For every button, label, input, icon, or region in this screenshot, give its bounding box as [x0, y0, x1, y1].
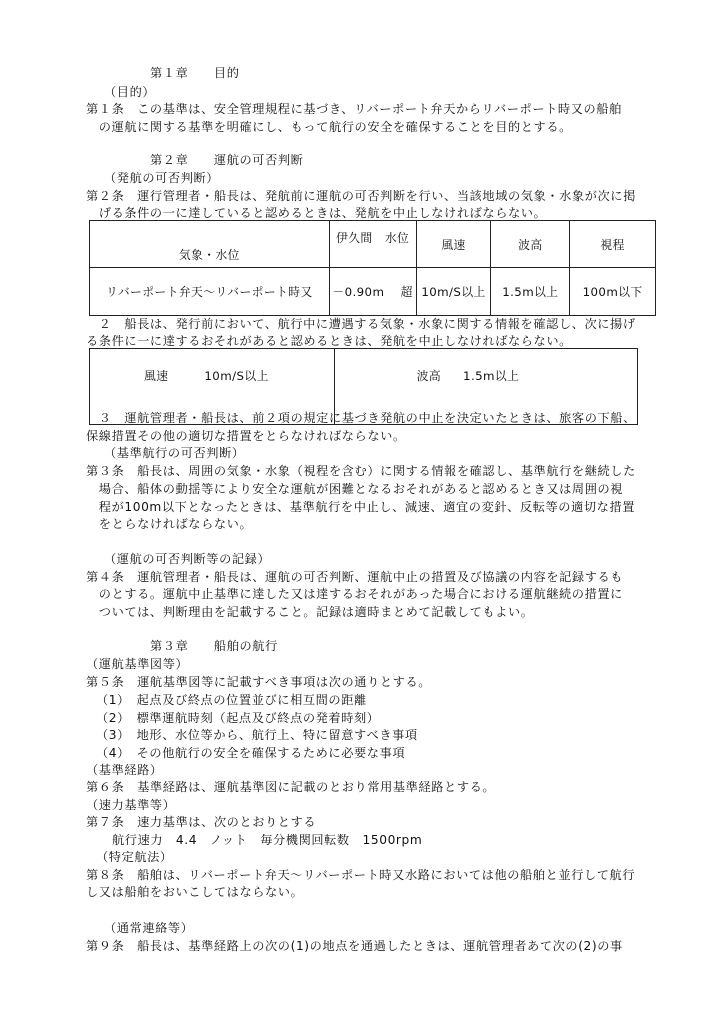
- article-3-heading: （基準航行の可否判断）: [104, 445, 245, 461]
- article-5-heading: （運航基準図等）: [86, 656, 188, 672]
- article-4-line-3: ついては、判断理由を記載すること。記録は適時まとめて記載してもよい。: [86, 604, 534, 620]
- header-ikuma-water-level: 伊久間 水位: [329, 221, 416, 268]
- list-item: （2） 標準運航時刻（起点及び終点の発着時刻）: [96, 710, 380, 726]
- list-item: （3） 地形、水位等から、航行上、特に留意すべき事項: [96, 727, 418, 743]
- paragraph-2-line-2: る条件に一に達するおそれがあると認めるときは、発航を中止しなければならない。: [86, 333, 572, 349]
- article-6-heading: （基準経路）: [86, 762, 163, 778]
- article-8-heading: （特定航法）: [96, 849, 173, 865]
- paragraph-3-line-2: 保線措置その他の適切な措置をとらなければならない。: [86, 428, 406, 444]
- speed-standard: 航行速力 4.4 ノット 毎分機関回転数 1500rpm: [112, 832, 422, 848]
- header-visibility: 視程: [570, 221, 656, 268]
- departure-conditions-table: 気象・水位 伊久間 水位 風速 波高 視程 リバーポート弁天～リバーポート時又 …: [89, 220, 656, 316]
- article-1-line-2: の運航に関する基準を明確にし、もって航行の安全を確保することを目的とする。: [86, 119, 572, 135]
- wave-height-label: 波高: [417, 369, 441, 383]
- article-3-line-2: 場合、船体の動揺等により安全な運航が困難となるおそれがあると認めるとき又は周囲の…: [86, 481, 623, 497]
- paragraph-2-line-1: ２ 船長は、発行前において、航行中に遭遇する気象・水象に関する情報を確認し、次に…: [86, 316, 636, 332]
- cell-route: リバーポート弁天～リバーポート時又: [90, 268, 330, 316]
- article-5-text: 第５条 運航基準図等に記載すべき事項は次の通りとする。: [86, 674, 431, 690]
- article-4-line-2: のとする。運航中止基準に達した又は達するおそれがあった場合における運航継続の措置…: [86, 586, 623, 602]
- article-9-line-1: 第９条 船長は、基準経路上の次の(1)の地点を通過したときは、運航管理者あて次の…: [86, 938, 623, 954]
- article-4-line-1: 第４条 運航管理者・船長は、運航の可否判断、運航中止の措置及び協議の内容を記録す…: [86, 569, 623, 585]
- table-row: リバーポート弁天～リバーポート時又 －0.90m 超 10m/S以上 1.5m以…: [90, 268, 656, 316]
- list-item: （4） その他航行の安全を確保するために必要な事項: [96, 745, 405, 761]
- header-weather-water-level: 気象・水位: [90, 221, 330, 268]
- cell-wave-height: 1.5m以上: [491, 268, 570, 316]
- chapter-3-title: 第３章 船舶の航行: [150, 638, 278, 654]
- article-7-heading: （速力基準等）: [86, 797, 176, 813]
- wave-height-value: 1.5m以上: [463, 369, 519, 383]
- cell-visibility: 100m以下: [570, 268, 656, 316]
- article-1-heading: （目的）: [104, 84, 155, 100]
- article-3-line-4: をとらなければならない。: [86, 516, 252, 532]
- paragraph-3-line-1: ３ 運航管理者・船長は、前２項の規定に基づき発航の中止を決定いたときは、旅客の下…: [86, 410, 636, 426]
- header-wave-height: 波高: [491, 221, 570, 268]
- article-3-line-1: 第３条 船長は、周囲の気象・水象（視程を含む）に関する情報を確認し、基準航行を継…: [86, 463, 636, 479]
- chapter-1-title: 第１章 目的: [150, 65, 240, 81]
- cell-wind-speed: 10m/S以上: [416, 268, 491, 316]
- article-2-line-1: 第２条 運行管理者・船長は、発航前に運航の可否判断を行い、当該地域の気象・水象が…: [86, 188, 636, 204]
- list-item: （1） 起点及び終点の位置並びに相互間の距離: [96, 692, 367, 708]
- article-1-line-1: 第１条 この基準は、安全管理規程に基づき、リバーポート弁天からリバーポート時又の…: [86, 101, 622, 117]
- chapter-2-title: 第２章 運航の可否判断: [150, 152, 303, 168]
- article-2-heading: （発航の可否判断）: [104, 170, 219, 186]
- cell-water-level: －0.90m 超: [329, 268, 416, 316]
- article-7-text: 第７条 速力基準は、次のとおりとする: [86, 814, 316, 830]
- article-8-line-2: し又は船舶をおいこしてはならない。: [86, 884, 303, 900]
- article-6-text: 第６条 基準経路は、運航基準図に記載のとおり常用基準経路とする。: [86, 779, 495, 795]
- wind-speed-label: 風速: [144, 369, 168, 383]
- article-9-heading: （通常連絡等）: [104, 920, 194, 936]
- article-3-line-3: 程が100m以下となったときは、基準航行を中止し、減速、適宜の変針、反転等の適切…: [86, 499, 635, 515]
- wind-speed-value: 10m/S以上: [204, 369, 268, 383]
- article-4-heading: （運航の可否判断等の記録）: [104, 551, 270, 567]
- article-2-line-2: げる条件の一に達していると認めるときは、発航を中止しなければならない。: [86, 205, 546, 221]
- header-wind-speed: 風速: [416, 221, 491, 268]
- table-header-row: 気象・水位 伊久間 水位 風速 波高 視程: [90, 221, 656, 268]
- article-8-line-1: 第８条 船舶は、リバーポート弁天～リバーポート時又水路においては他の船舶と並行し…: [86, 867, 635, 883]
